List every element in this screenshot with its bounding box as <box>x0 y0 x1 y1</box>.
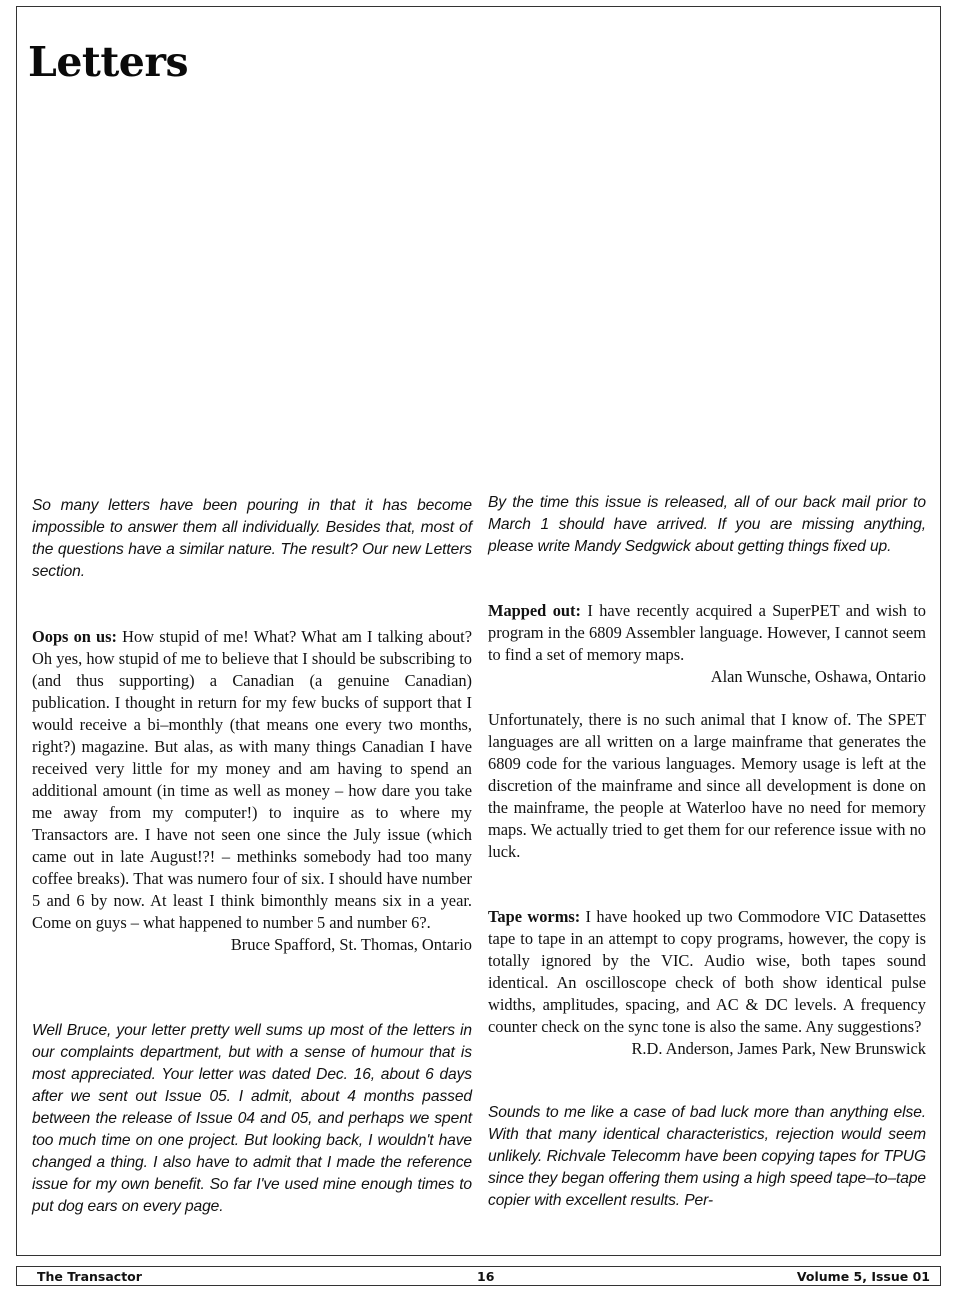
letter-text: How stupid of me! What? What am I talkin… <box>32 627 472 932</box>
footer-publication: The Transactor <box>37 1269 142 1284</box>
reply-oops-on-us: Well Bruce, your letter pretty well sums… <box>32 1020 472 1218</box>
intro-left: So many letters have been pouring in tha… <box>32 495 472 583</box>
page-footer: The Transactor 16 Volume 5, Issue 01 <box>16 1266 941 1286</box>
letter-mapped-out: Mapped out: I have recently acquired a S… <box>488 600 926 688</box>
letter-heading: Tape worms: <box>488 907 580 926</box>
reply-text: Well Bruce, your letter pretty well sums… <box>32 1020 472 1218</box>
letter-body: Tape worms: I have hooked up two Commodo… <box>488 906 926 1038</box>
footer-issue: Volume 5, Issue 01 <box>797 1269 930 1284</box>
intro-text-left: So many letters have been pouring in tha… <box>32 495 472 583</box>
letter-tape-worms: Tape worms: I have hooked up two Commodo… <box>488 906 926 1060</box>
letter-signature: Alan Wunsche, Oshawa, Ontario <box>488 666 926 688</box>
intro-text-right: By the time this issue is released, all … <box>488 492 926 558</box>
letter-heading: Oops on us: <box>32 627 117 646</box>
letter-heading: Mapped out: <box>488 601 581 620</box>
footer-page-number: 16 <box>477 1269 494 1284</box>
letter-body: Oops on us: How stupid of me! What? What… <box>32 626 472 934</box>
letter-text: I have hooked up two Commodore VIC Datas… <box>488 907 926 1036</box>
letter-oops-on-us: Oops on us: How stupid of me! What? What… <box>32 626 472 956</box>
reply-text: Sounds to me like a case of bad luck mor… <box>488 1102 926 1212</box>
letter-body: Mapped out: I have recently acquired a S… <box>488 600 926 666</box>
page-title: Letters <box>28 38 188 86</box>
reply-tape-worms: Sounds to me like a case of bad luck mor… <box>488 1102 926 1212</box>
letter-signature: R.D. Anderson, James Park, New Brunswick <box>488 1038 926 1060</box>
reply-mapped-out: Unfortunately, there is no such animal t… <box>488 709 926 863</box>
intro-right: By the time this issue is released, all … <box>488 492 926 558</box>
reply-text: Unfortunately, there is no such animal t… <box>488 709 926 863</box>
letter-signature: Bruce Spafford, St. Thomas, Ontario <box>32 934 472 956</box>
